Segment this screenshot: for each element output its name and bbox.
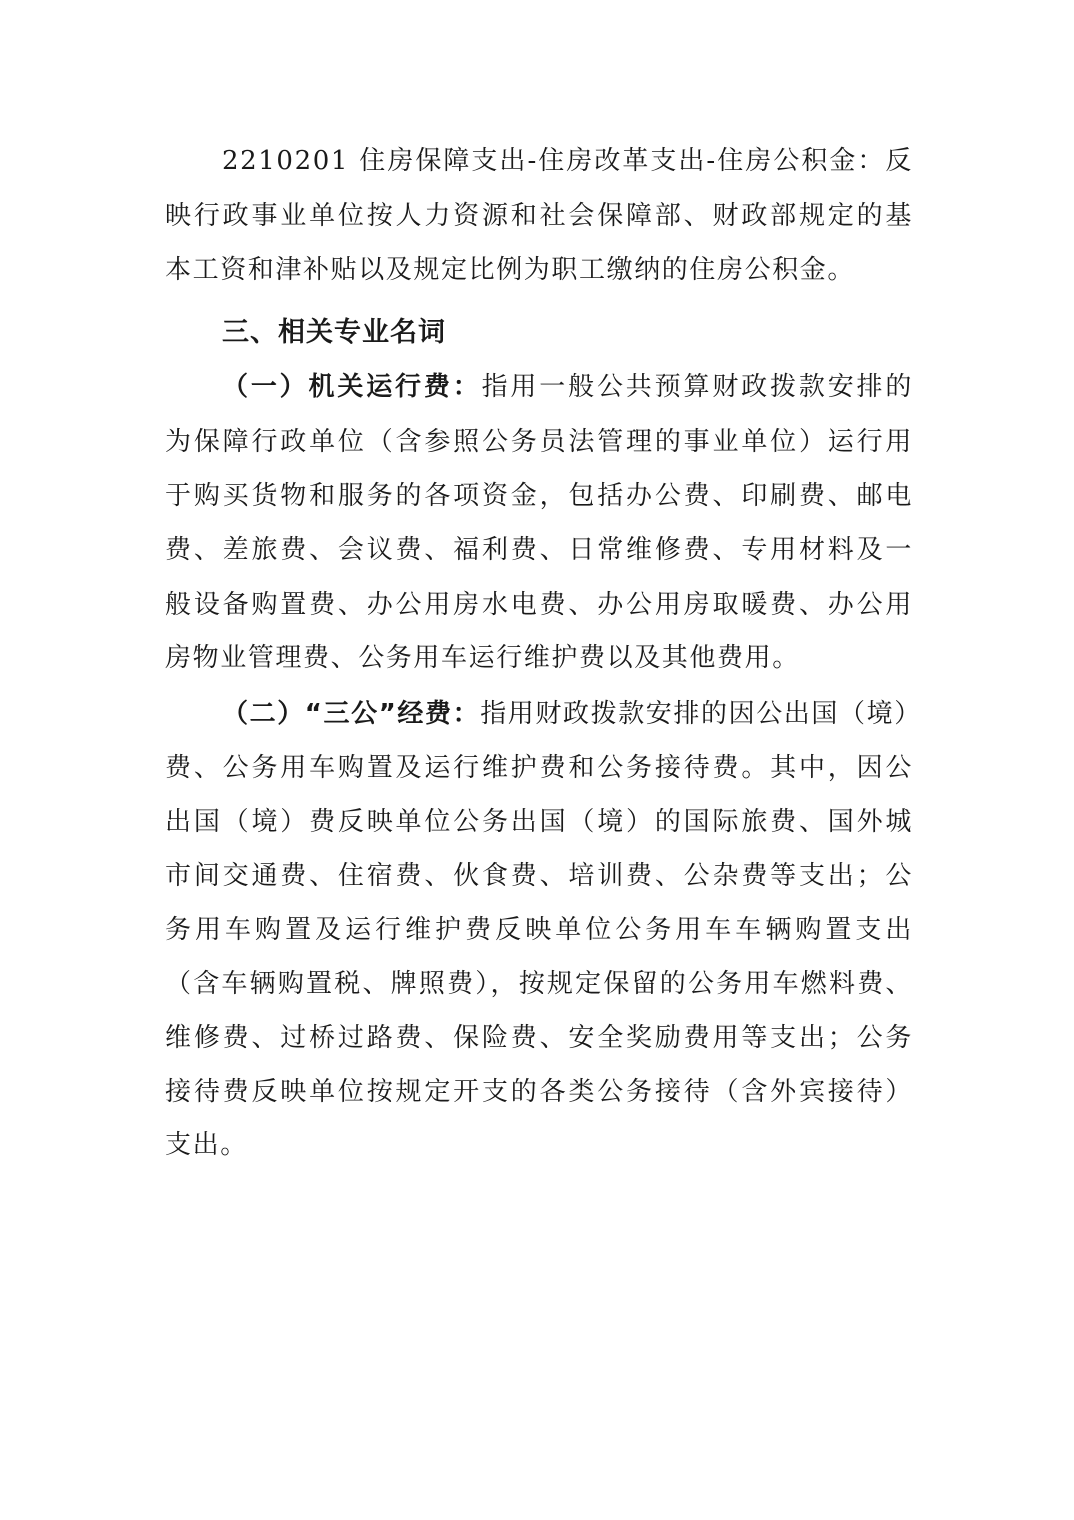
term-1-first-line: （一）机关运行费：指用一般公共预算财政拨款安排的 — [222, 367, 913, 407]
term-1-line: 费、差旅费、会议费、福利费、日常维修费、专用材料及一 — [165, 530, 913, 570]
term-1-label: （一）机关运行费： — [222, 372, 482, 402]
term-1-line: 为保障行政单位（含参照公务员法管理的事业单位）运行用 — [165, 422, 913, 462]
term-2-line: 务用车购置及运行维护费反映单位公务用车车辆购置支出 — [165, 910, 913, 950]
term-1-first-line-text: 指用一般公共预算财政拨款安排的 — [482, 372, 913, 402]
term-2-first-line: （二）“三公”经费：指用财政拨款安排的因公出国（境） — [222, 694, 913, 734]
term-2-line: 维修费、过桥过路费、保险费、安全奖励费用等支出；公务 — [165, 1018, 913, 1058]
paragraph-1-line-1: 2210201 住房保障支出-住房改革支出-住房公积金：反 — [222, 141, 913, 181]
paragraph-1-line-3: 本工资和津补贴以及规定比例为职工缴纳的住房公积金。 — [165, 250, 913, 290]
term-1-line: 房物业管理费、公务用车运行维护费以及其他费用。 — [165, 638, 913, 678]
term-2-label: （二）“三公”经费： — [222, 699, 480, 729]
term-2-line: 支出。 — [165, 1125, 913, 1165]
paragraph-1-line-2: 映行政事业单位按人力资源和社会保障部、财政部规定的基 — [165, 196, 913, 236]
term-2-line: 费、公务用车购置及运行维护费和公务接待费。其中，因公 — [165, 748, 913, 788]
term-2-first-line-text: 指用财政拨款安排的因公出国（境） — [480, 699, 922, 729]
term-1-line: 于购买货物和服务的各项资金，包括办公费、印刷费、邮电 — [165, 476, 913, 516]
term-2-line: 出国（境）费反映单位公务出国（境）的国际旅费、国外城 — [165, 802, 913, 842]
term-2-line: 市间交通费、住宿费、伙食费、培训费、公杂费等支出；公 — [165, 856, 913, 896]
document-page: 2210201 住房保障支出-住房改革支出-住房公积金：反 映行政事业单位按人力… — [0, 0, 1074, 1520]
section-heading: 三、相关专业名词 — [222, 313, 446, 353]
term-2-line: 接待费反映单位按规定开支的各类公务接待（含外宾接待） — [165, 1072, 913, 1112]
term-2-line: （含车辆购置税、牌照费），按规定保留的公务用车燃料费、 — [165, 964, 913, 1004]
term-1-line: 般设备购置费、办公用房水电费、办公用房取暖费、办公用 — [165, 585, 913, 625]
